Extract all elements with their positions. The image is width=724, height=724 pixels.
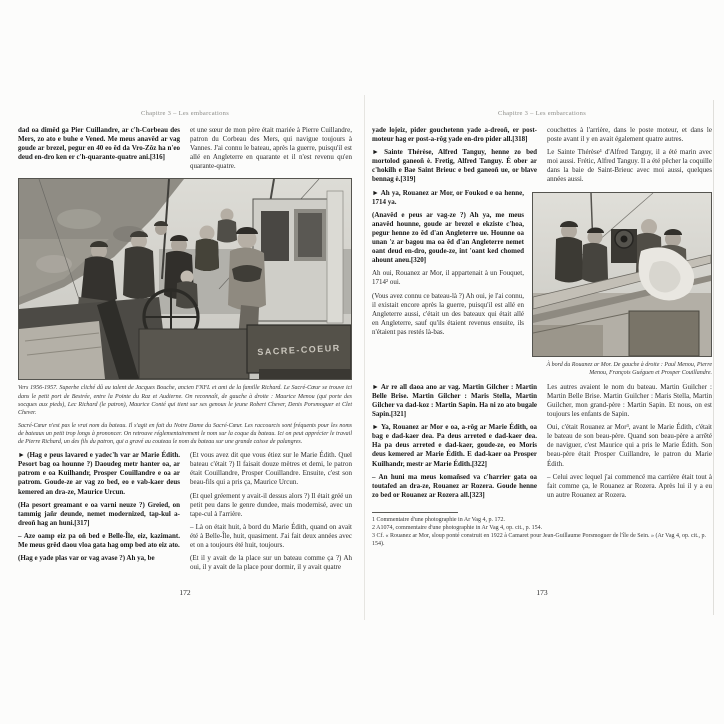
photo-rouanez-ar-mor — [532, 192, 712, 357]
french-paragraph: – Celui avec lequel j'ai commencé ma car… — [547, 473, 712, 500]
page-number-left: 172 — [18, 588, 352, 597]
french-paragraph: Le Sainte Thérèse¹ d'Alfred Tanguy, il a… — [547, 148, 712, 184]
breton-paragraph: ► Ah ya, Rouanez ar Mor, or Foukod e oa … — [372, 189, 524, 207]
middle-row: ► Ah ya, Rouanez ar Mor, or Foukod e oa … — [372, 189, 712, 383]
french-paragraph: (Vous avez connu ce bateau-là ?) Ah oui,… — [372, 292, 524, 337]
french-paragraph: (Et vous avez dit que vous étiez sur le … — [190, 451, 352, 487]
photo-caption: À bord du Rouanez ar Mor. De gauche à dr… — [532, 361, 712, 377]
photo-rouanez-illustration — [533, 193, 711, 356]
breton-paragraph: – Aze oamp eiz pa oñ bed e Belle-Île, ei… — [18, 532, 180, 550]
footnotes: 1 Commentaire d'une photographie in Ar V… — [372, 512, 712, 548]
breton-paragraph: – An huni ma meus komañsed va c'harrier … — [372, 473, 537, 500]
breton-paragraph: (Hag e yade plas var or vag avase ?) Ah … — [18, 554, 180, 563]
breton-paragraph: dad oa dimêd ga Pier Cuillandre, ar c'h-… — [18, 126, 180, 162]
intro-columns: dad oa dimêd ga Pier Cuillandre, ar c'h-… — [18, 126, 352, 175]
french-paragraph: (Et quel gréement y avait-il dessus alor… — [190, 492, 352, 519]
french-paragraph: Oui, c'était Rouanez ar Mor³, avant le M… — [547, 423, 712, 468]
right-page: Chapitre 3 – Les embarcations yade lojei… — [372, 110, 712, 548]
photo-caption-line1: Vers 1956-1957. Superbe cliché dû au tal… — [18, 384, 352, 416]
chapter-header: Chapitre 3 – Les embarcations — [372, 110, 712, 117]
breton-paragraph: yade lojeiz, pider gouchetenn yade a-dre… — [372, 126, 537, 144]
breton-paragraph: (Ha pesort greamant e oa varni neuze ?) … — [18, 501, 180, 528]
breton-paragraph: ► Ya, Rouanez ar Mor e oa, a-rôg ar Mari… — [372, 423, 537, 468]
page-edge — [713, 100, 714, 615]
breton-paragraph: ► Sainte Thérèse, Alfred Tanguy, henne z… — [372, 148, 537, 184]
photo-caption-line2: Sacré-Cœur n'est pas le vrai nom du bate… — [18, 422, 352, 446]
page-number-right: 173 — [372, 588, 712, 597]
french-paragraph: couchettes à l'arrière, dans le poste mo… — [547, 126, 712, 144]
chapter-header: Chapitre 3 – Les embarcations — [18, 110, 352, 117]
footnote-rule — [372, 512, 458, 513]
photo-sacre-coeur: SACRE-COEUR — [18, 178, 352, 380]
book-spread: Chapitre 3 – Les embarcations dad oa dim… — [0, 0, 724, 724]
page-gutter — [364, 95, 365, 620]
footnote: 3 Cf. « Rouanez ar Mor, sloup ponté cons… — [372, 532, 712, 548]
french-paragraph: et une sœur de mon père était mariée à P… — [190, 126, 352, 171]
deck-box — [629, 311, 699, 356]
footnote: 1 Commentaire d'une photographie in Ar V… — [372, 516, 712, 524]
bottom-columns: ► (Hag e peus lavared e yadec'h var ar M… — [18, 451, 352, 576]
french-paragraph: – Là on était huit, à bord du Marie Édit… — [190, 523, 352, 550]
footnote: 2 A1074, commentaire d'une photographie … — [372, 524, 712, 532]
left-page: Chapitre 3 – Les embarcations dad oa dim… — [18, 110, 352, 576]
top-columns: yade lojeiz, pider gouchetenn yade a-dre… — [372, 126, 712, 189]
lower-columns: ► Ar re all daoa ano ar vag. Martin Gilc… — [372, 383, 712, 504]
french-paragraph: (Et il y avait de la place sur un bateau… — [190, 554, 352, 572]
winch — [611, 229, 637, 263]
wheelhouse — [253, 191, 343, 323]
breton-paragraph: ► (Hag e peus lavared e yadec'h var ar M… — [18, 451, 180, 496]
breton-paragraph: (Anavêd e peus ar vag-ze ?) Ah ya, me me… — [372, 211, 524, 266]
breton-paragraph: ► Ar re all daoa ano ar vag. Martin Gilc… — [372, 383, 537, 419]
french-paragraph: Ah oui, Rouanez ar Mor, il appartenait à… — [372, 269, 524, 287]
french-paragraph: Les autres avaient le nom du bateau. Mar… — [547, 383, 712, 419]
photo-sacre-coeur-illustration: SACRE-COEUR — [19, 179, 351, 379]
